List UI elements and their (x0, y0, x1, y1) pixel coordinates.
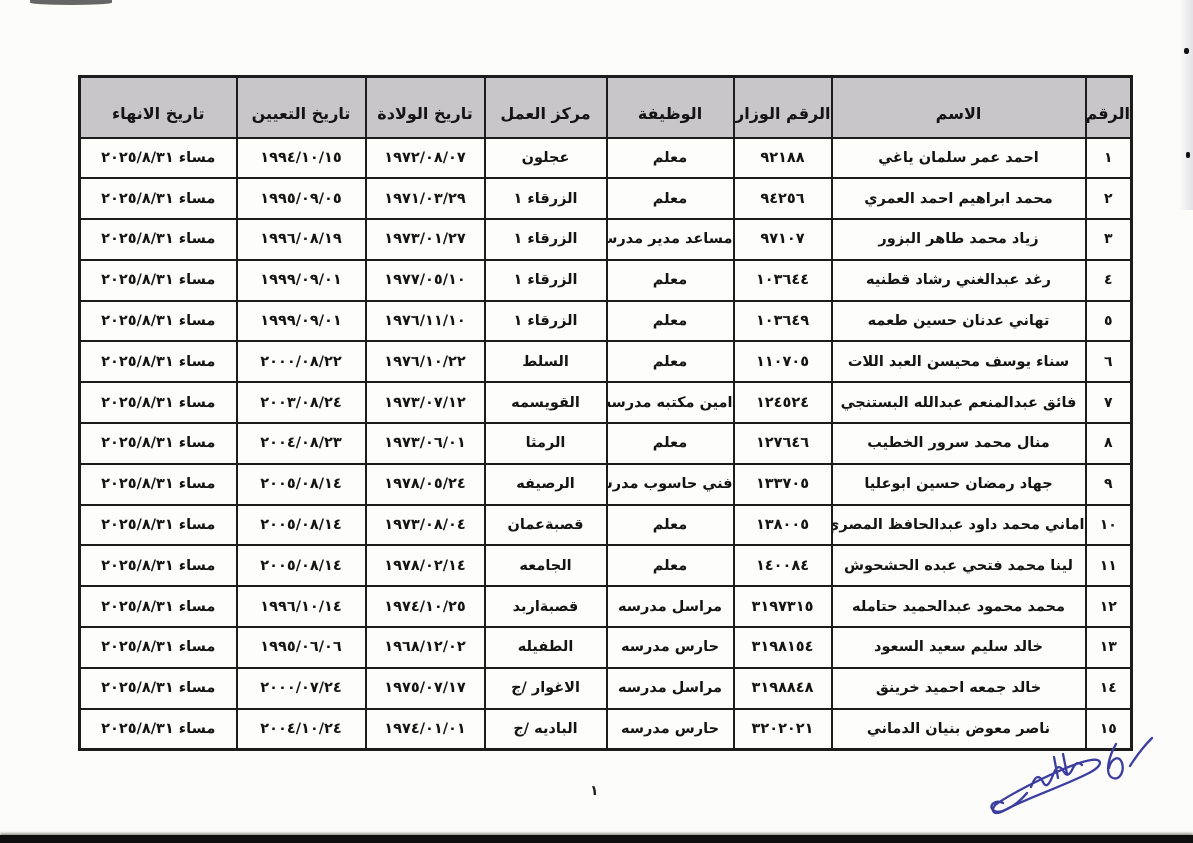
termination-date-cell: مساء ٢٠٢٥/٨/٣١ (80, 464, 237, 505)
work-center-cell: الزرقاء ١ (485, 178, 607, 219)
table-row: ١٤خالد جمعه احميد خرينق٣١٩٨٨٤٨مراسل مدرس… (80, 668, 1132, 709)
job-cell: معلم (607, 301, 734, 342)
job-cell: معلم (607, 178, 734, 219)
number-cell: ١٠ (1086, 505, 1132, 546)
number-cell: ٢ (1086, 178, 1132, 219)
name-cell: منال محمد سرور الخطيب (832, 423, 1086, 464)
appointment-date-cell: ١٩٩٥/٠٦/٠٦ (237, 627, 366, 668)
name-cell: خالد جمعه احميد خرينق (832, 668, 1086, 709)
work-center-cell: قصبةعمان (485, 505, 607, 546)
job-cell: امين مكتبه مدرسه (607, 382, 734, 423)
table-body: ١احمد عمر سلمان ياغي٩٢١٨٨معلمعجلون١٩٧٢/٠… (80, 138, 1132, 750)
name-cell: سناء يوسف محيسن العبد اللات (832, 341, 1086, 382)
birth-date-cell: ١٩٦٨/١٢/٠٢ (366, 627, 485, 668)
ministry-number-cell: ١٣٨٠٠٥ (734, 505, 832, 546)
ministry-number-cell: ١٣٣٧٠٥ (734, 464, 832, 505)
ministry-number-cell: ٣١٩٨١٥٤ (734, 627, 832, 668)
birth-date-cell: ١٩٧٨/٠٢/١٤ (366, 545, 485, 586)
number-cell: ١٣ (1086, 627, 1132, 668)
work-center-cell: الرمثا (485, 423, 607, 464)
table-row: ٤رغد عبدالغني رشاد قطنيه١٠٣٦٤٤معلمالزرقا… (80, 260, 1132, 301)
birth-date-cell: ١٩٧٣/٠٦/٠١ (366, 423, 485, 464)
table-row: ٧فائق عبدالمنعم عبدالله البستنجي١٢٤٥٢٤ام… (80, 382, 1132, 423)
column-header-number: الرقم (1086, 77, 1132, 138)
appointment-date-cell: ١٩٩٦/١٠/١٤ (237, 586, 366, 627)
appointment-date-cell: ١٩٩٩/٠٩/٠١ (237, 260, 366, 301)
table-row: ٨منال محمد سرور الخطيب١٢٧٦٤٦معلمالرمثا١٩… (80, 423, 1132, 464)
scan-artifact-speck (1186, 152, 1190, 158)
birth-date-cell: ١٩٧٨/٠٥/٢٤ (366, 464, 485, 505)
termination-date-cell: مساء ٢٠٢٥/٨/٣١ (80, 627, 237, 668)
appointment-date-cell: ١٩٩٥/٠٩/٠٥ (237, 178, 366, 219)
name-cell: لينا محمد فتحي عبده الحشحوش (832, 545, 1086, 586)
job-cell: معلم (607, 260, 734, 301)
table-row: ٣زياد محمد طاهر البزور٩٧١٠٧مساعد مدير مد… (80, 219, 1132, 260)
ministry-number-cell: ١٤٠٠٨٤ (734, 545, 832, 586)
column-header-work-center: مركز العمل (485, 77, 607, 138)
ministry-number-cell: ٩٤٢٥٦ (734, 178, 832, 219)
work-center-cell: القويسمه (485, 382, 607, 423)
table-row: ١٠اماني محمد داود عبدالحافظ المصري١٣٨٠٠٥… (80, 505, 1132, 546)
table-row: ٥تهاني عدنان حسين طعمه١٠٣٦٤٩معلمالزرقاء … (80, 301, 1132, 342)
column-header-name: الاسم (832, 77, 1086, 138)
job-cell: معلم (607, 138, 734, 179)
termination-date-cell: مساء ٢٠٢٥/٨/٣١ (80, 423, 237, 464)
appointment-date-cell: ٢٠٠٤/٠٨/٢٣ (237, 423, 366, 464)
scanned-page: الرقم الاسم الرقم الوزاري الوظيفة مركز ا… (0, 0, 1193, 843)
name-cell: اماني محمد داود عبدالحافظ المصري (832, 505, 1086, 546)
work-center-cell: الجامعه (485, 545, 607, 586)
column-header-job: الوظيفة (607, 77, 734, 138)
table-row: ١احمد عمر سلمان ياغي٩٢١٨٨معلمعجلون١٩٧٢/٠… (80, 138, 1132, 179)
name-cell: احمد عمر سلمان ياغي (832, 138, 1086, 179)
table-row: ١٥ناصر معوض بنيان الدماني٣٢٠٢٠٢١حارس مدر… (80, 709, 1132, 750)
job-cell: مساعد مدير مدرسه (607, 219, 734, 260)
appointment-date-cell: ٢٠٠٣/٠٨/٢٤ (237, 382, 366, 423)
name-cell: محمد محمود عبدالحميد حتامله (832, 586, 1086, 627)
signature-stroke (1108, 744, 1123, 778)
ministry-number-cell: ٣٢٠٢٠٢١ (734, 709, 832, 750)
job-cell: حارس مدرسه (607, 627, 734, 668)
signature-stroke (1130, 738, 1152, 766)
table-row: ١١لينا محمد فتحي عبده الحشحوش١٤٠٠٨٤معلما… (80, 545, 1132, 586)
employee-table: الرقم الاسم الرقم الوزاري الوظيفة مركز ا… (78, 75, 1133, 751)
appointment-date-cell: ١٩٩٦/٠٨/١٩ (237, 219, 366, 260)
ministry-number-cell: ٣١٩٧٣١٥ (734, 586, 832, 627)
termination-date-cell: مساء ٢٠٢٥/٨/٣١ (80, 382, 237, 423)
birth-date-cell: ١٩٧٦/١٠/٢٢ (366, 341, 485, 382)
termination-date-cell: مساء ٢٠٢٥/٨/٣١ (80, 545, 237, 586)
work-center-cell: الاغوار /ج (485, 668, 607, 709)
number-cell: ٦ (1086, 341, 1132, 382)
birth-date-cell: ١٩٧٣/٠٨/٠٤ (366, 505, 485, 546)
job-cell: حارس مدرسه (607, 709, 734, 750)
appointment-date-cell: ٢٠٠٥/٠٨/١٤ (237, 505, 366, 546)
number-cell: ٩ (1086, 464, 1132, 505)
birth-date-cell: ١٩٧٣/٠١/٢٧ (366, 219, 485, 260)
page-number: ١ (590, 783, 599, 799)
employee-table-wrapper: الرقم الاسم الرقم الوزاري الوظيفة مركز ا… (78, 75, 1133, 751)
number-cell: ١٤ (1086, 668, 1132, 709)
termination-date-cell: مساء ٢٠٢٥/٨/٣١ (80, 505, 237, 546)
birth-date-cell: ١٩٧٧/٠٥/١٠ (366, 260, 485, 301)
termination-date-cell: مساء ٢٠٢٥/٨/٣١ (80, 178, 237, 219)
scan-artifact-top-smudge (30, 0, 112, 5)
job-cell: مراسل مدرسه (607, 668, 734, 709)
appointment-date-cell: ٢٠٠٤/١٠/٢٤ (237, 709, 366, 750)
ministry-number-cell: ١١٠٧٠٥ (734, 341, 832, 382)
birth-date-cell: ١٩٧٦/١١/١٠ (366, 301, 485, 342)
number-cell: ١ (1086, 138, 1132, 179)
ministry-number-cell: ١٢٤٥٢٤ (734, 382, 832, 423)
table-row: ٦سناء يوسف محيسن العبد اللات١١٠٧٠٥معلمال… (80, 341, 1132, 382)
appointment-date-cell: ٢٠٠٥/٠٨/١٤ (237, 464, 366, 505)
termination-date-cell: مساء ٢٠٢٥/٨/٣١ (80, 219, 237, 260)
ministry-number-cell: ١٢٧٦٤٦ (734, 423, 832, 464)
number-cell: ٣ (1086, 219, 1132, 260)
job-cell: فني حاسوب مدرسة (607, 464, 734, 505)
termination-date-cell: مساء ٢٠٢٥/٨/٣١ (80, 586, 237, 627)
scan-artifact-right-shade (1179, 0, 1193, 210)
work-center-cell: الزرقاء ١ (485, 219, 607, 260)
number-cell: ٧ (1086, 382, 1132, 423)
job-cell: مراسل مدرسه (607, 586, 734, 627)
work-center-cell: الزرقاء ١ (485, 301, 607, 342)
number-cell: ١١ (1086, 545, 1132, 586)
birth-date-cell: ١٩٧١/٠٣/٢٩ (366, 178, 485, 219)
number-cell: ١٢ (1086, 586, 1132, 627)
termination-date-cell: مساء ٢٠٢٥/٨/٣١ (80, 301, 237, 342)
appointment-date-cell: ٢٠٠٠/٠٧/٢٤ (237, 668, 366, 709)
termination-date-cell: مساء ٢٠٢٥/٨/٣١ (80, 341, 237, 382)
name-cell: جهاد رمضان حسين ابوعليا (832, 464, 1086, 505)
table-row: ٩جهاد رمضان حسين ابوعليا١٣٣٧٠٥فني حاسوب … (80, 464, 1132, 505)
column-header-termination-date: تاريخ الانهاء (80, 77, 237, 138)
termination-date-cell: مساء ٢٠٢٥/٨/٣١ (80, 668, 237, 709)
name-cell: محمد ابراهيم احمد العمري (832, 178, 1086, 219)
number-cell: ٥ (1086, 301, 1132, 342)
work-center-cell: الطفيله (485, 627, 607, 668)
ministry-number-cell: ٣١٩٨٨٤٨ (734, 668, 832, 709)
appointment-date-cell: ٢٠٠٥/٠٨/١٤ (237, 545, 366, 586)
table-row: ١٢محمد محمود عبدالحميد حتامله٣١٩٧٣١٥مراس… (80, 586, 1132, 627)
number-cell: ٤ (1086, 260, 1132, 301)
scan-artifact-speck (1184, 48, 1189, 54)
name-cell: فائق عبدالمنعم عبدالله البستنجي (832, 382, 1086, 423)
column-header-birth-date: تاريخ الولادة (366, 77, 485, 138)
number-cell: ٨ (1086, 423, 1132, 464)
work-center-cell: الزرقاء ١ (485, 260, 607, 301)
work-center-cell: السلط (485, 341, 607, 382)
ministry-number-cell: ١٠٣٦٤٤ (734, 260, 832, 301)
ministry-number-cell: ٩٧١٠٧ (734, 219, 832, 260)
ministry-number-cell: ٩٢١٨٨ (734, 138, 832, 179)
work-center-cell: عجلون (485, 138, 607, 179)
signature (975, 733, 1180, 828)
termination-date-cell: مساء ٢٠٢٥/٨/٣١ (80, 260, 237, 301)
column-header-appointment-date: تاريخ التعيين (237, 77, 366, 138)
table-row: ١٣خالد سليم سعيد السعود٣١٩٨١٥٤حارس مدرسه… (80, 627, 1132, 668)
termination-date-cell: مساء ٢٠٢٥/٨/٣١ (80, 709, 237, 750)
birth-date-cell: ١٩٧٥/٠٧/١٧ (366, 668, 485, 709)
name-cell: خالد سليم سعيد السعود (832, 627, 1086, 668)
termination-date-cell: مساء ٢٠٢٥/٨/٣١ (80, 138, 237, 179)
work-center-cell: قصبةاربد (485, 586, 607, 627)
table-header-row: الرقم الاسم الرقم الوزاري الوظيفة مركز ا… (80, 77, 1132, 138)
birth-date-cell: ١٩٧٢/٠٨/٠٧ (366, 138, 485, 179)
appointment-date-cell: ٢٠٠٠/٠٨/٢٢ (237, 341, 366, 382)
name-cell: تهاني عدنان حسين طعمه (832, 301, 1086, 342)
name-cell: زياد محمد طاهر البزور (832, 219, 1086, 260)
birth-date-cell: ١٩٧٤/٠١/٠١ (366, 709, 485, 750)
appointment-date-cell: ١٩٩٩/٠٩/٠١ (237, 301, 366, 342)
appointment-date-cell: ١٩٩٤/١٠/١٥ (237, 138, 366, 179)
ministry-number-cell: ١٠٣٦٤٩ (734, 301, 832, 342)
table-row: ٢محمد ابراهيم احمد العمري٩٤٢٥٦معلمالزرقا… (80, 178, 1132, 219)
job-cell: معلم (607, 423, 734, 464)
column-header-ministry-number: الرقم الوزاري (734, 77, 832, 138)
birth-date-cell: ١٩٧٤/١٠/٢٥ (366, 586, 485, 627)
work-center-cell: الرصيفه (485, 464, 607, 505)
name-cell: رغد عبدالغني رشاد قطنيه (832, 260, 1086, 301)
job-cell: معلم (607, 545, 734, 586)
birth-date-cell: ١٩٧٣/٠٧/١٢ (366, 382, 485, 423)
scan-artifact-bottom-band (0, 835, 1193, 843)
work-center-cell: الباديه /ج (485, 709, 607, 750)
job-cell: معلم (607, 505, 734, 546)
job-cell: معلم (607, 341, 734, 382)
